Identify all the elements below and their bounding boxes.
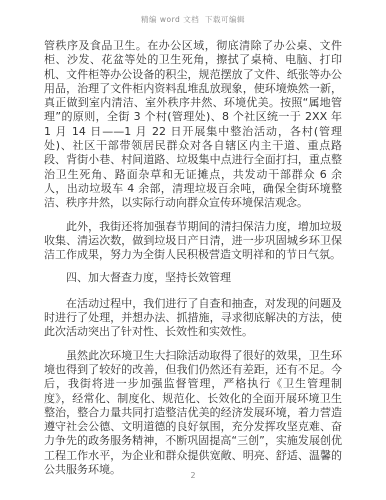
paragraph: 虽然此次环境卫生大扫除活动取得了很好的效果，卫生环境也得到了较好的改善，但我们仍… (44, 349, 342, 478)
paragraph: 此外，我街还将加强春节期间的清扫保洁力度，增加垃圾收集、清运次数，做到垃圾日产日… (44, 220, 342, 263)
document-page: 精编 word 文档 下载可编辑 管秩序及食品卫生。在办公区域，彻底清除了办公桌… (0, 0, 386, 500)
page-number: 2 (0, 471, 386, 480)
section-heading: 四、加大督查力度，坚持长效管理 (44, 271, 342, 285)
document-watermark-header: 精编 word 文档 下载可编辑 (0, 14, 386, 25)
document-body: 管秩序及食品卫生。在办公区域，彻底清除了办公桌、文件柜、沙发、花盆等处的卫生死角… (44, 39, 342, 486)
paragraph-continuation: 管秩序及食品卫生。在办公区域，彻底清除了办公桌、文件柜、沙发、花盆等处的卫生死角… (44, 39, 342, 211)
paragraph: 在活动过程中，我们进行了自查和抽查，对发现的问题及时进行了处理，并想办法、抓措施… (44, 297, 342, 340)
